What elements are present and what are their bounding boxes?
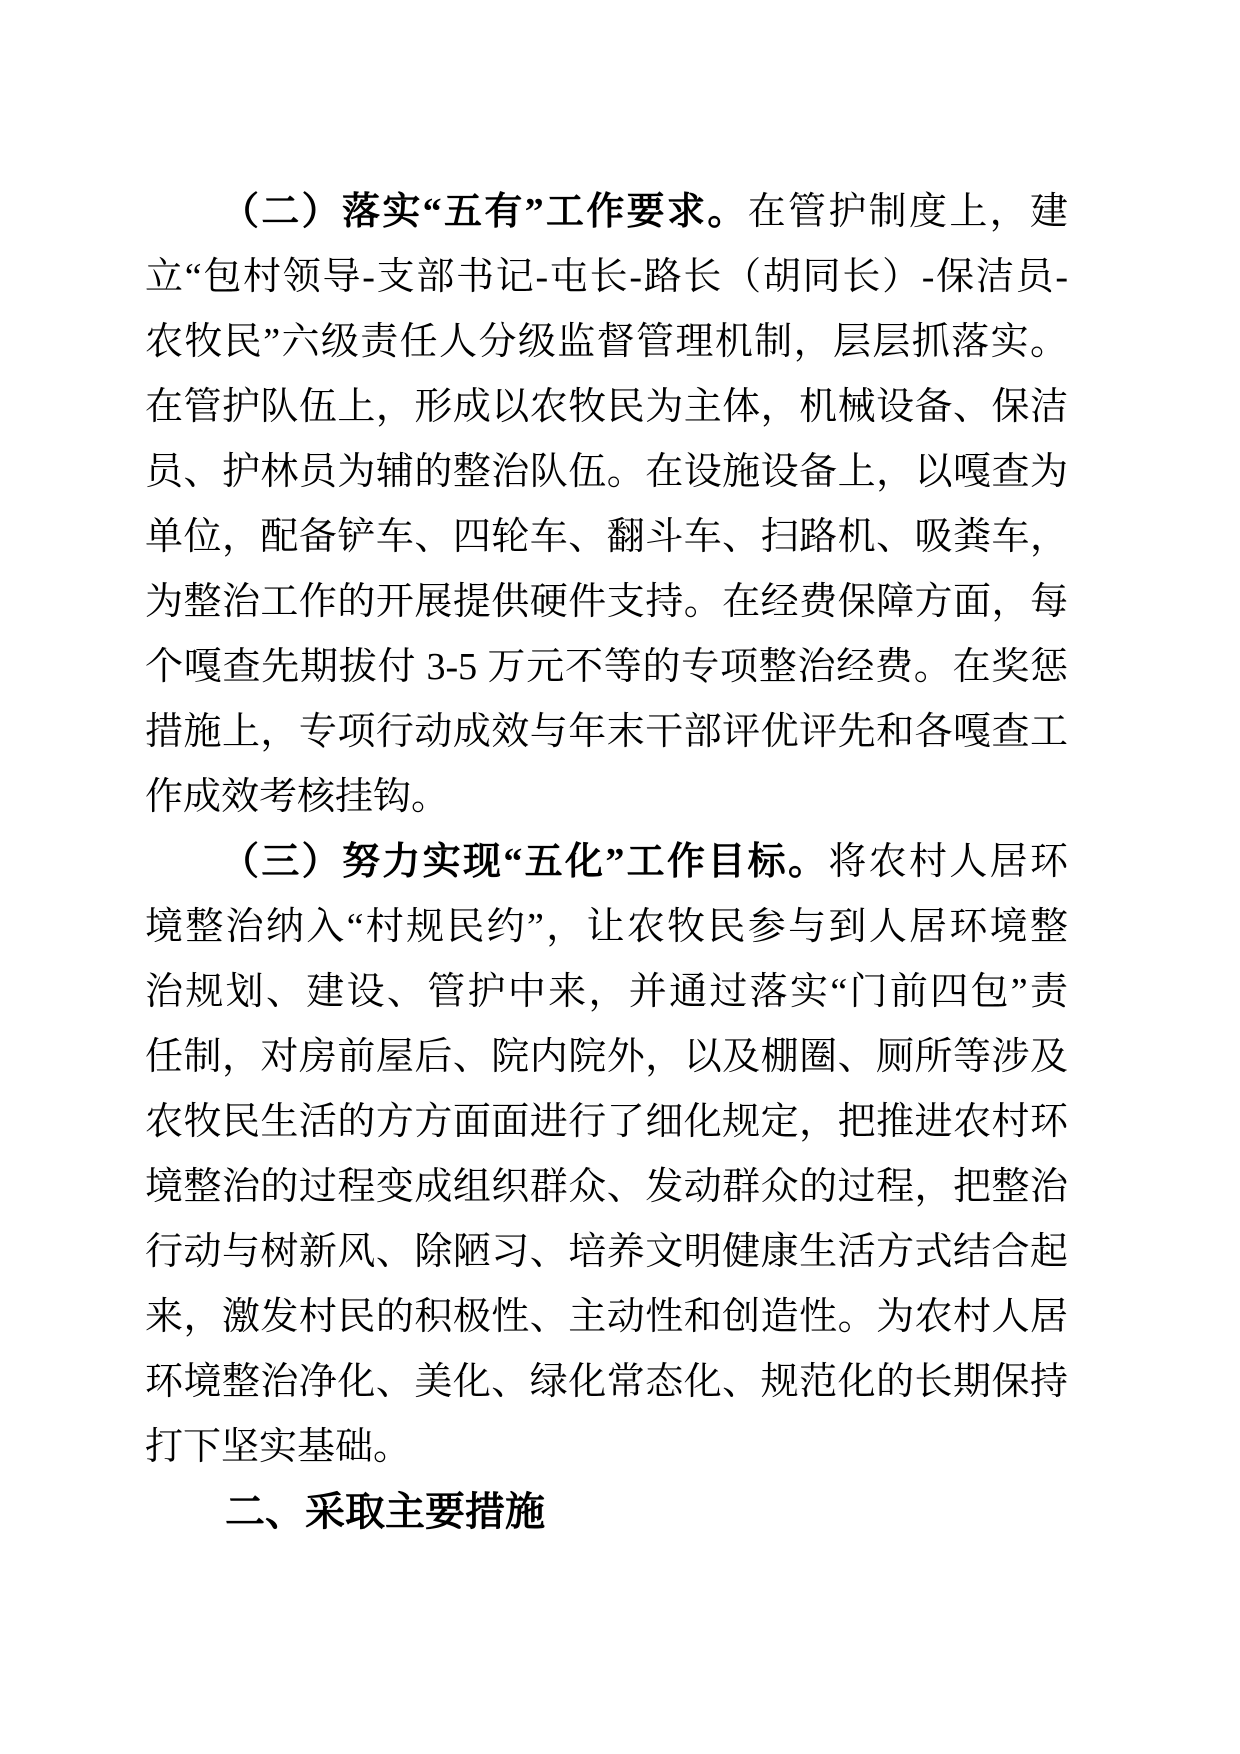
text-line: （三）努力实现“五化”工作目标。将农村人居环 [145,830,1068,895]
text-line: 任制，对房前屋后、院内院外，以及棚圈、厕所等涉及 [145,1025,1068,1090]
text-block: （二）落实“五有”工作要求。在管护制度上，建 立“包村领导-支部书记-屯长-路长… [145,180,1068,1545]
text-line: 措施上，专项行动成效与年末干部评优评先和各嘎查工 [145,700,1068,765]
text-line: 行动与树新风、除陋习、培养文明健康生活方式结合起 [145,1220,1068,1285]
text-line: （二）落实“五有”工作要求。在管护制度上，建 [145,180,1068,245]
text-line: 打下坚实基础。 [145,1415,1068,1480]
text-line: 境整治的过程变成组织群众、发动群众的过程，把整治 [145,1155,1068,1220]
text-line: 来，激发村民的积极性、主动性和创造性。为农村人居 [145,1285,1068,1350]
text-line: 单位，配备铲车、四轮车、翻斗车、扫路机、吸粪车， [145,505,1068,570]
text-line: 农牧民”六级责任人分级监督管理机制，层层抓落实。 [145,310,1068,375]
text-line: 在管护队伍上，形成以农牧民为主体，机械设备、保洁 [145,375,1068,440]
text-line: 员、护林员为辅的整治队伍。在设施设备上，以嘎查为 [145,440,1068,505]
text-line: 环境整治净化、美化、绿化常态化、规范化的长期保持 [145,1350,1068,1415]
text-line: 境整治纳入“村规民约”，让农牧民参与到人居环境整 [145,895,1068,960]
text-line: 为整治工作的开展提供硬件支持。在经费保障方面，每 [145,570,1068,635]
document-page: （二）落实“五有”工作要求。在管护制度上，建 立“包村领导-支部书记-屯长-路长… [0,0,1240,1754]
subsection-3-lead: （三）努力实现“五化”工作目标。 [221,841,828,883]
text-line: 立“包村领导-支部书记-屯长-路长（胡同长）-保洁员- [145,245,1068,310]
text-line: 农牧民生活的方方面面进行了细化规定，把推进农村环 [145,1090,1068,1155]
text-line: 作成效考核挂钩。 [145,765,1068,830]
text-line: 治规划、建设、管护中来，并通过落实“门前四包”责 [145,960,1068,1025]
text-line: 个嘎查先期拔付 3-5 万元不等的专项整治经费。在奖惩 [145,635,1068,700]
section-2-heading: 二、采取主要措施 [145,1480,1068,1545]
subsection-2-lead: （二）落实“五有”工作要求。 [221,191,748,233]
line-text: 将农村人居环 [828,841,1068,883]
line-text: 在管护制度上，建 [748,191,1068,233]
